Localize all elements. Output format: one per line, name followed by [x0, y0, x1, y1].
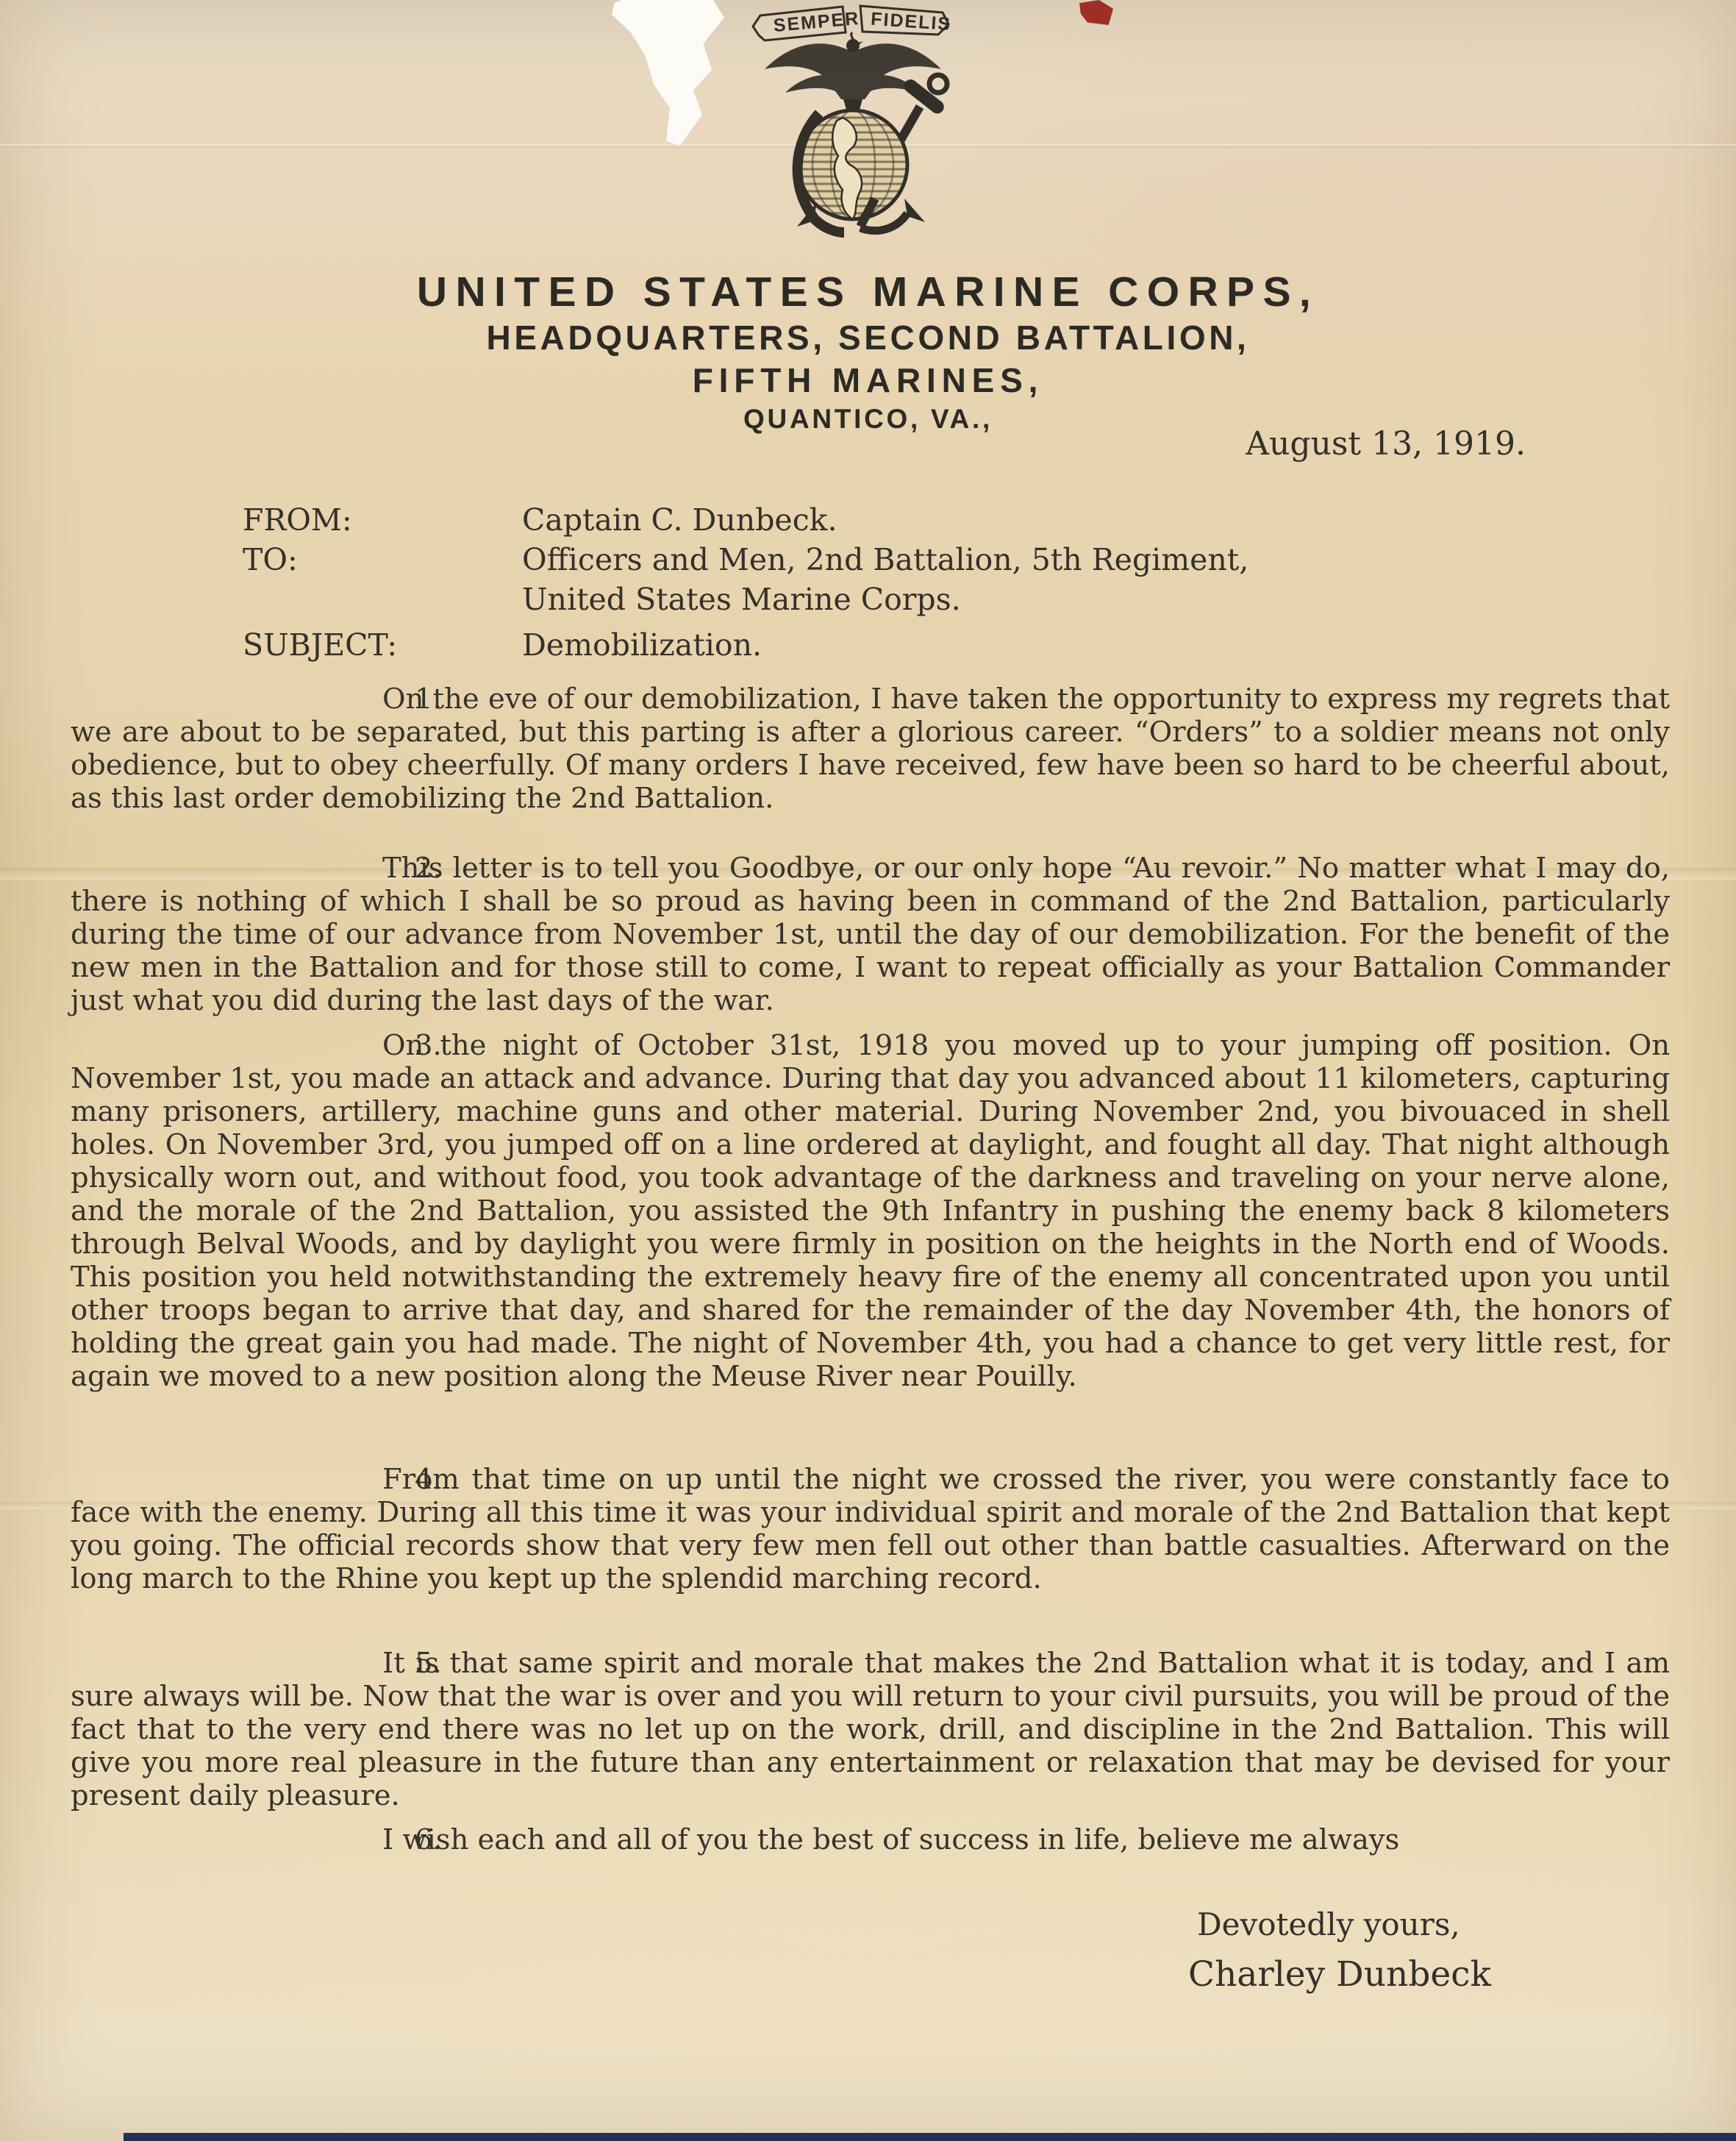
- subject-value: Demobilization.: [522, 625, 762, 665]
- to-row: TO: Officers and Men, 2nd Battalion, 5th…: [243, 540, 1249, 619]
- paragraph-1: 1.On the eve of our demobilization, I ha…: [71, 683, 1670, 815]
- from-row: FROM: Captain C. Dunbeck.: [243, 500, 1249, 540]
- paragraph-6-text: I wish each and all of you the best of s…: [382, 1823, 1399, 1856]
- paragraph-4: 4.From that time on up until the night w…: [71, 1463, 1670, 1595]
- scan-background-strip: [124, 2133, 1736, 2141]
- usmc-eagle-globe-anchor-icon: SEMPER FIDELIS: [749, 1, 958, 246]
- closing-block: Devotedly yours, Charley Dunbeck: [1197, 1906, 1491, 1995]
- to-label: TO:: [243, 540, 522, 619]
- paragraph-3: 3.On the night of October 31st, 1918 you…: [71, 1029, 1670, 1393]
- paragraph-5: 5.It is that same spirit and morale that…: [71, 1647, 1670, 1812]
- from-label: FROM:: [243, 500, 522, 540]
- letter-body: 1.On the eve of our demobilization, I ha…: [0, 683, 1736, 1856]
- paragraph-3-number: 3.: [243, 1029, 382, 1062]
- letterhead: UNITED STATES MARINE CORPS, HEADQUARTERS…: [0, 269, 1736, 436]
- paragraph-1-number: 1.: [243, 683, 382, 716]
- paragraph-2-number: 2.: [243, 852, 382, 885]
- paragraph-5-number: 5.: [243, 1647, 382, 1680]
- letterhead-line-3: FIFTH MARINES,: [0, 360, 1736, 402]
- to-value: Officers and Men, 2nd Battalion, 5th Reg…: [522, 540, 1249, 619]
- letterhead-line-2: HEADQUARTERS, SECOND BATTALION,: [0, 316, 1736, 360]
- valediction: Devotedly yours,: [1197, 1906, 1491, 1942]
- letterhead-line-1: UNITED STATES MARINE CORPS,: [0, 269, 1736, 316]
- paragraph-6: 6.I wish each and all of you the best of…: [71, 1823, 1670, 1856]
- to-value-line-2: United States Marine Corps.: [522, 580, 1249, 619]
- subject-row: SUBJECT: Demobilization.: [243, 625, 1249, 665]
- date-line: August 13, 1919.: [1246, 425, 1526, 463]
- address-block: FROM: Captain C. Dunbeck. TO: Officers a…: [243, 500, 1249, 665]
- signature: Charley Dunbeck: [1188, 1954, 1491, 1995]
- paragraph-6-number: 6.: [243, 1823, 382, 1856]
- torn-paper-hole: [604, 0, 728, 146]
- paragraph-4-number: 4.: [243, 1463, 382, 1496]
- red-ink-mark: [1079, 0, 1113, 25]
- to-value-line-1: Officers and Men, 2nd Battalion, 5th Reg…: [522, 540, 1249, 580]
- subject-label: SUBJECT:: [243, 625, 522, 665]
- paragraph-3-text: On the night of October 31st, 1918 you m…: [71, 1029, 1670, 1393]
- from-value: Captain C. Dunbeck.: [522, 500, 837, 540]
- letter-page: SEMPER FIDELIS: [0, 0, 1736, 2141]
- paragraph-2: 2.This letter is to tell you Goodbye, or…: [71, 852, 1670, 1017]
